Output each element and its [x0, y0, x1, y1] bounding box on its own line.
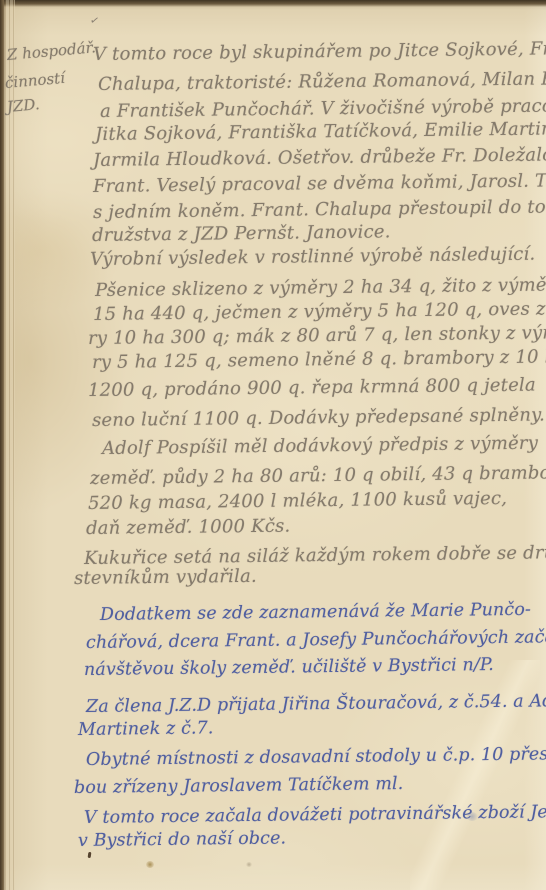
handwritten-line: 1200 q, prodáno 900 q. řepa krmná 800 q …	[88, 375, 536, 401]
handwritten-line: Chalupa, traktoristé: Růžena Romanová, M…	[98, 68, 546, 95]
handwritten-line: stevníkům vydařila.	[74, 566, 257, 589]
handwritten-line: 520 kg masa, 2400 l mléka, 1100 kusů vaj…	[88, 488, 507, 514]
handwritten-line: Jitka Sojková, Františka Tatíčková, Emil…	[95, 118, 546, 145]
handwritten-line: zeměď. půdy 2 ha 80 arů: 10 q obilí, 43 …	[90, 462, 546, 489]
handwritten-line: Pšenice sklizeno z výměry 2 ha 34 q, žit…	[95, 274, 546, 301]
stray-pen-mark: ✓	[89, 13, 101, 28]
handwritten-line: chářová, dcera Frant. a Josefy Punčochář…	[86, 627, 546, 653]
handwritten-line: Adolf Pospíšil měl dodávkový předpis z v…	[102, 433, 538, 459]
paper-stain	[146, 861, 154, 868]
handwritten-line: V tomto roce byl skupinářem po Jitce Soj…	[93, 38, 546, 65]
handwritten-line: družstva z JZD Pernšt. Janovice.	[92, 221, 391, 246]
handwritten-line: seno luční 1100 q. Dodávky předepsané sp…	[92, 404, 545, 431]
handwritten-line: ry 10 ha 300 q; mák z 80 arů 7 q, len st…	[88, 322, 546, 349]
page-edge-left-strip	[5, 0, 15, 890]
handwritten-line: v Bystřici do naší obce.	[78, 828, 286, 851]
handwritten-line: ry 5 ha 125 q, semeno lněné 8 q. brambor…	[92, 346, 546, 373]
handwritten-line: Jarmila Hloudková. Ošetřov. drůbeže Fr. …	[93, 144, 546, 171]
handwritten-line: Kukuřice setá na siláž každým rokem dobř…	[84, 542, 546, 569]
handwritten-line: bou zřízeny Jaroslavem Tatíčkem ml.	[74, 774, 404, 798]
margin-note-line: JZD.	[6, 95, 40, 116]
ink-speck	[88, 852, 92, 858]
handwritten-line: daň zeměď. 1000 Kčs.	[86, 516, 291, 539]
handwritten-line: Frant. Veselý pracoval se dvěma koňmi, J…	[93, 170, 546, 197]
manuscript-page: ✓ Z hospodář. činností JZD. V tomto roce…	[0, 0, 546, 890]
ink-smudge	[466, 812, 478, 821]
paper-stain	[246, 862, 252, 867]
handwritten-line: Dodatkem se zde zaznamenává že Marie Pun…	[100, 600, 531, 625]
margin-note-line: činností	[4, 69, 65, 92]
handwritten-line: a František Punčochář. V živočišné výrob…	[100, 95, 546, 122]
handwritten-line: Martinek z č.7.	[78, 718, 214, 740]
handwritten-line: s jedním koněm. Frant. Chalupa přestoupi…	[93, 196, 546, 223]
page-edge-top	[0, 0, 546, 7]
handwritten-line: Výrobní výsledek v rostlinné výrobě násl…	[90, 244, 536, 270]
margin-note-line: Z hospodář.	[6, 38, 96, 64]
handwritten-line: 15 ha 440 q, ječmen z výměry 5 ha 120 q,…	[93, 298, 546, 325]
